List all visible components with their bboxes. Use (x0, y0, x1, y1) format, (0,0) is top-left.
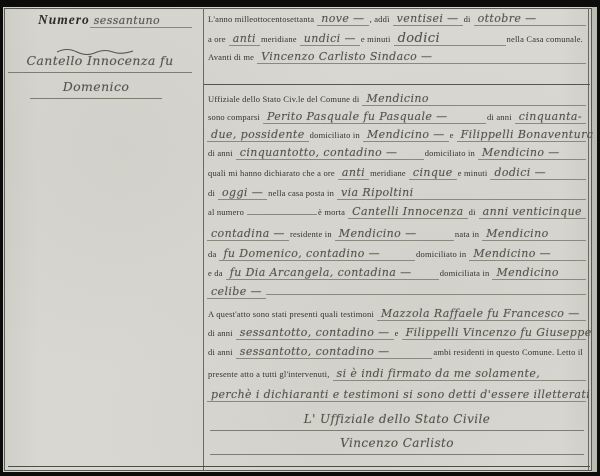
margin-name-line2: Domenico (30, 78, 162, 99)
entry-rule: cinque (409, 165, 457, 180)
entry-rule: Filippelli Bonaventura (457, 127, 586, 142)
entry-witness2-age: sessantotto, contadino — (240, 345, 390, 358)
entry-rule: Cantelli Innocenza (348, 204, 468, 219)
signature-title-line: L' Uffiziale dello Stato Civile (210, 410, 584, 431)
printed-text: meridiane (370, 168, 406, 178)
entry-declarant2-age: cinquantotto, contadino — (240, 146, 398, 159)
entry-rule: anni venticinque (479, 204, 586, 219)
printed-text: di (208, 188, 215, 198)
printed-text: da (208, 249, 216, 259)
entry-deceased-age: anni venticinque (483, 205, 582, 218)
printed-text: sono comparsi (208, 112, 260, 122)
deceased-name: Cantello Innocenza fu (26, 53, 173, 68)
form-line-closing2: perchè i dichiaranti e testimoni si sono… (207, 387, 586, 402)
printed-text: di anni (208, 347, 233, 357)
entry-rule: Mendicino (492, 265, 586, 280)
entry-deceased-occupation: contadina — (211, 227, 285, 240)
entry-declarant1-occupation: due, possidente (211, 128, 305, 141)
entry-rule: via Ripoltini (337, 185, 586, 200)
printed-text: nata in (455, 229, 479, 239)
form-line-witness1: di anni sessantotto, contadino — e Filip… (207, 325, 586, 340)
entry-death-minutes: dodici — (494, 166, 546, 179)
form-line-witnesses: A quest'atto sono stati presenti quali t… (207, 306, 586, 321)
bottom-rule (8, 466, 590, 467)
entry-rule: Filippelli Vincenzo fu Giuseppe (402, 325, 586, 340)
section-divider-rule (204, 84, 590, 85)
printed-text: e (395, 328, 399, 338)
entry-meridian: anti (233, 32, 256, 45)
entry-rule: Mendicino (362, 91, 586, 106)
entry-year: nove — (321, 12, 364, 25)
empty-rule (247, 214, 317, 215)
entry-closing-note1: si è indi firmato da me solamente, (337, 367, 541, 380)
entry-rule: ventisei — (393, 11, 463, 26)
entry-declarant2-domicile: Mendicino — (482, 146, 560, 159)
printed-text: e minuti (361, 34, 391, 44)
entry-witness2-name: Filippelli Vincenzo fu Giuseppe (406, 326, 592, 339)
entry-civil-status: celibe — (211, 285, 262, 298)
entry-declarant1-name: Perito Pasquale fu Pasquale — (267, 110, 448, 123)
margin-name-line1: Cantello Innocenza fu (8, 52, 192, 73)
printed-text: domiciliato in (416, 249, 466, 259)
printed-text: e minuti (458, 168, 488, 178)
margin-divider-line (203, 8, 204, 470)
empty-rule (266, 294, 586, 295)
entry-rule: undici — (300, 31, 360, 46)
entry-rule: fu Domenico, contadino — (219, 246, 415, 261)
entry-comune: Mendicino (366, 92, 428, 105)
scanned-death-record: Numero sessantuno Cantello Innocenza fu … (0, 0, 600, 476)
entry-closing-note2: perchè i dichiaranti e testimoni si sono… (211, 388, 590, 401)
entry-rule: sessantotto, contadino — (236, 344, 433, 359)
printed-text: meridiane (261, 34, 297, 44)
printed-text: di (464, 14, 471, 24)
entry-rule: celibe — (207, 284, 266, 299)
form-line-declarant1b: due, possidente domiciliato in Mendicino… (207, 127, 586, 142)
entry-rule: dodici (394, 31, 506, 46)
entry-father: fu Domenico, contadino — (223, 247, 380, 260)
entry-rule: cinquantotto, contadino — (236, 145, 424, 160)
form-line-civil-status: celibe — (207, 284, 586, 299)
form-line-deceased: al numero è morta Cantelli Innocenza di … (207, 204, 586, 219)
scan-edge-bottom (0, 472, 600, 476)
entry-birthplace: Mendicino (486, 227, 548, 240)
printed-text: e (450, 130, 454, 140)
scan-edge-left (0, 0, 3, 476)
entry-rule: dodici — (490, 165, 586, 180)
entry-deceased-name: Cantelli Innocenza (352, 205, 464, 218)
entry-death-meridian: anti (342, 166, 365, 179)
form-line-year: L'anno milleottocentosettanta nove — , a… (207, 11, 586, 26)
entry-rule: Perito Pasquale fu Pasquale — (263, 109, 486, 124)
entry-rule: Mendicino — (478, 145, 586, 160)
entry-declarant2-name: Filippelli Bonaventura (461, 128, 594, 141)
form-line-death-hour: quali mi hanno dichiarato che a ore anti… (207, 165, 586, 180)
entry-rule: due, possidente (207, 127, 309, 142)
printed-text: ambi residenti in questo Comune. Letto i… (433, 347, 583, 357)
entry-rule: Mendicino — (363, 127, 449, 142)
entry-rule: ottobre — (474, 11, 586, 26)
printed-text: Uffiziale dello Stato Civ.le del Comune … (208, 94, 359, 104)
printed-text: Avanti di me (208, 52, 254, 62)
form-line-father: da fu Domenico, contadino — domiciliato … (207, 246, 586, 261)
entry-death-day: oggi — (222, 186, 263, 199)
entry-rule: nove — (317, 11, 368, 26)
entry-hour: undici — (304, 32, 356, 45)
entry-rule: Mendicino — (335, 226, 454, 241)
entry-declarant1-age: cinquanta- (519, 110, 582, 123)
entry-rule: perchè i dichiaranti e testimoni si sono… (207, 387, 586, 402)
entry-rule: fu Dia Arcangela, contadina — (226, 265, 439, 280)
printed-text: di anni (487, 112, 512, 122)
entry-death-street: via Ripoltini (341, 186, 414, 199)
entry-declarant1-domicile: Mendicino — (367, 128, 445, 141)
printed-text: A quest'atto sono stati presenti quali t… (208, 309, 374, 319)
entry-mother-domicile: Mendicino (496, 266, 558, 279)
entry-official-name: Vincenzo Carlisto Sindaco — (261, 50, 432, 63)
entry-rule: oggi — (218, 185, 267, 200)
printed-text: , addì (370, 14, 390, 24)
entry-rule: anti (338, 165, 369, 180)
form-line-declarant2: di anni cinquantotto, contadino — domici… (207, 145, 586, 160)
printed-text: quali mi hanno dichiarato che a ore (208, 168, 335, 178)
entry-death-hour: cinque (413, 166, 453, 179)
numero-value-rule: sessantuno (90, 13, 192, 28)
entry-month: ottobre — (478, 12, 537, 25)
margin-numero-line: Numero sessantuno (20, 12, 192, 28)
entry-rule: cinquanta- (515, 109, 586, 124)
entry-day: ventisei — (397, 12, 459, 25)
printed-text: nella Casa comunale. (507, 34, 583, 44)
printed-text: L'anno milleottocentosettanta (208, 14, 314, 24)
form-line-declarant1: sono comparsi Perito Pasquale fu Pasqual… (207, 109, 586, 124)
printed-text: residente in (290, 229, 332, 239)
entry-father-domicile: Mendicino — (473, 247, 551, 260)
printed-text: domiciliata in (440, 268, 490, 278)
form-line-witness2: di anni sessantotto, contadino — ambi re… (207, 344, 586, 359)
entry-rule: Mendicino (482, 226, 586, 241)
numero-value: sessantuno (94, 14, 160, 27)
printed-text: nella casa posta in (268, 188, 334, 198)
numero-label: Numero (38, 12, 90, 28)
printed-text: presente atto a tutti gl'intervenuti, (208, 369, 330, 379)
signature-name-line: Vincenzo Carlisto (210, 434, 584, 455)
printed-text: di anni (208, 328, 233, 338)
deceased-father-name: Domenico (63, 79, 130, 94)
form-line-hour: a ore anti meridiane undici — e minuti d… (207, 31, 586, 46)
printed-text: domiciliato in (310, 130, 360, 140)
printed-text: a ore (208, 34, 226, 44)
printed-text: al numero (208, 207, 244, 217)
scan-edge-top (0, 0, 600, 7)
entry-rule: sessantotto, contadino — (236, 325, 394, 340)
entry-mother: fu Dia Arcangela, contadina — (230, 266, 412, 279)
form-line-death-place: di oggi — nella casa posta in via Ripolt… (207, 185, 586, 200)
printed-text: e da (208, 268, 223, 278)
entry-rule: contadina — (207, 226, 289, 241)
entry-residence: Mendicino — (339, 227, 417, 240)
entry-witness1-age: sessantotto, contadino — (240, 326, 390, 339)
printed-text: di (469, 207, 476, 217)
signature-title: L' Uffiziale dello Stato Civile (304, 412, 491, 426)
form-line-residence: contadina — residente in Mendicino — nat… (207, 226, 586, 241)
printed-text: di anni (208, 148, 233, 158)
form-line-mother: e da fu Dia Arcangela, contadina — domic… (207, 265, 586, 280)
printed-text: domiciliato in (425, 148, 475, 158)
entry-rule: Mendicino — (469, 246, 586, 261)
entry-rule: si è indi firmato da me solamente, (333, 366, 586, 381)
entry-minutes: dodici (398, 31, 440, 46)
form-line-comune: Uffiziale dello Stato Civ.le del Comune … (207, 91, 586, 106)
entry-rule: Vincenzo Carlisto Sindaco — (257, 49, 586, 64)
entry-rule: Mazzola Raffaele fu Francesco — (377, 306, 586, 321)
form-line-official: Avanti di me Vincenzo Carlisto Sindaco — (207, 49, 586, 64)
signature-name: Vincenzo Carlisto (340, 436, 454, 450)
entry-rule: anti (229, 31, 260, 46)
form-line-closing1: presente atto a tutti gl'intervenuti, si… (207, 366, 586, 381)
printed-text: è morta (318, 207, 345, 217)
entry-witness1-name: Mazzola Raffaele fu Francesco — (381, 307, 580, 320)
